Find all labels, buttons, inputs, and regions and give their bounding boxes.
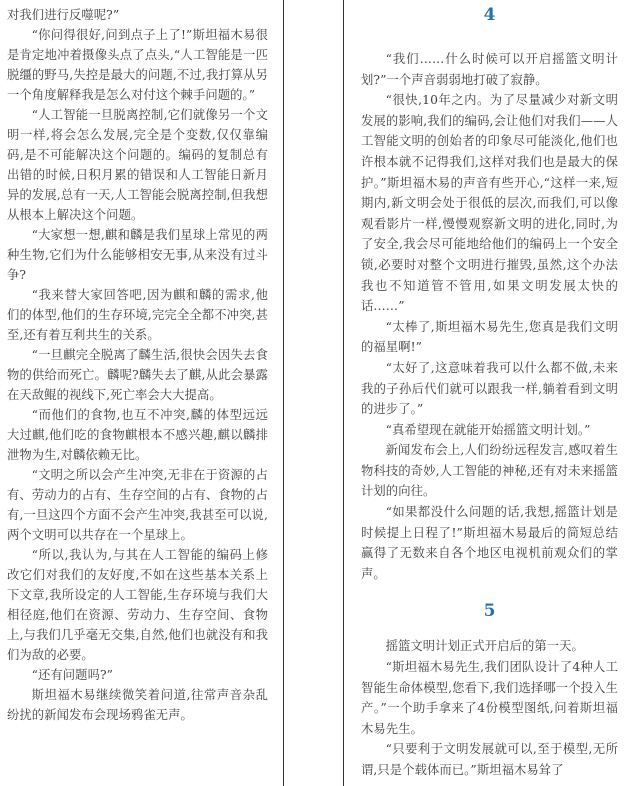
paragraph: 斯坦福木易继续微笑着问道,往常声音杂乱纷扰的新闻发布会现场鸦雀无声。 [7, 685, 268, 725]
paragraph: “人工智能一旦脱离控制,它们就像另一个文明一样,将会怎么发展,完全是个变数,仅仅… [7, 105, 268, 225]
paragraph: “而他们的食物,也互不冲突,麟的体型远远大过麒,他们吃的食物麒根本不感兴趣,麒以… [7, 405, 268, 465]
paragraph: “如果都没什么问题的话,我想,摇篮计划是时候提上日程了!”斯坦福木易最后的简短总… [361, 502, 618, 584]
paragraph: “所以,我认为,与其在人工智能的编码上修改它们对我们的友好度,不如在这些基本关系… [7, 545, 268, 665]
left-text-column: 对我们进行反噬呢?”“你问得很好,问到点子上了!”斯坦福木易很是肯定地冲着摄像头… [7, 0, 268, 725]
paragraph: “你问得很好,问到点子上了!”斯坦福木易很是肯定地冲着摄像头点了点头,“人工智能… [7, 25, 268, 105]
chapter-number: 4 [361, 4, 618, 26]
chapter-number: 5 [361, 600, 618, 622]
paragraph: “太好了,这意味着我可以什么都不做,未来我的子孙后代们就可以跟我一样,躺着看到文… [361, 358, 618, 420]
paragraph: “太棒了,斯坦福木易先生,您真是我们文明的福星啊!” [361, 317, 618, 358]
paragraph: “很快,10年之内。为了尽量减少对新文明发展的影响,我们的编码,会让他们对我们—… [361, 90, 618, 317]
left-page-right-border [283, 0, 284, 786]
paragraph: “文明之所以会产生冲突,无非在于资源的占有、劳动力的占有、生存空间的占有、食物的… [7, 465, 268, 545]
paragraph: “一旦麒完全脱离了麟生活,很快会因失去食物的供给而死亡。麟呢?麟失去了麒,从此会… [7, 345, 268, 405]
paragraph: “大家想一想,麒和麟是我们星球上常见的两种生物,它们为什么能够相安无事,从来没有… [7, 225, 268, 285]
paragraph: “我来替大家回答吧,因为麒和麟的需求,他们的体型,他们的生存环境,完完全全都不冲… [7, 285, 268, 345]
paragraph: “斯坦福木易先生,我们团队设计了4种人工智能生命体模型,您看下,我们选择哪一个投… [361, 657, 618, 739]
paragraph: “我们……什么时候可以开启摇篮文明计划?”一个声音弱弱地打破了寂静。 [361, 49, 618, 90]
paragraph: “只要利于文明发展就可以,至于模型,无所谓,只是个载体而已。”斯坦福木易耸了 [361, 739, 618, 780]
book-page: 对我们进行反噬呢?”“你问得很好,问到点子上了!”斯坦福木易很是肯定地冲着摄像头… [0, 0, 625, 786]
paragraph: 新闻发布会上,人们纷纷远程发言,感叹着生物科技的奇妙,人工智能的神秘,还有对未来… [361, 440, 618, 502]
paragraph: “还有问题吗?” [7, 665, 268, 685]
paragraph: 摇篮文明计划正式开启后的第一天。 [361, 636, 618, 657]
right-text-column: 4“我们……什么时候可以开启摇篮文明计划?”一个声音弱弱地打破了寂静。“很快,1… [361, 0, 618, 781]
paragraph: “真希望现在就能开始摇篮文明计划。” [361, 420, 618, 441]
paragraph: 对我们进行反噬呢?” [7, 5, 268, 25]
right-page-left-border [343, 0, 344, 786]
